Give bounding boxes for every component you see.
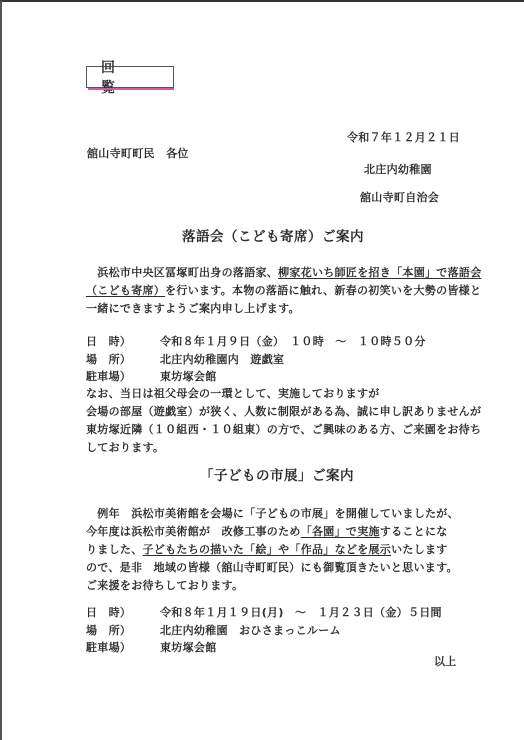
section1-title: 落語会（こども寄席）ご案内 [182, 225, 364, 245]
circulation-label: 回 覧 [101, 57, 173, 97]
section1-body-line-2: （こども寄席）を行います。本物の落語に触れ、新春の初笑いを大勢の皆様と [86, 282, 481, 298]
underlined-text: 「各園」で実施 [301, 525, 380, 538]
circulation-stamp: 回 覧 [86, 66, 174, 88]
detail-label: 場 所） [86, 622, 148, 638]
text: ご来援をお待ちしております。 [86, 579, 243, 592]
detail-value: 北庄内幼稚園内 遊戯室 [160, 353, 284, 366]
section2-body-line-4: ので、是非 地域の皆様（舘山寺町町民）にも御覧頂きたいと思います。 [86, 559, 458, 575]
text: 浜松市中央区冨塚町出身の落語家、 [86, 266, 278, 279]
section2-detail-parking: 駐車場）東坊塚会館 [86, 639, 217, 655]
detail-label: 駐車場） [86, 368, 148, 384]
section2-body-line-3: りました、子どもたちの描いた「絵」や「作品」などを展示いたします [86, 541, 448, 557]
text: ので、是非 地域の皆様（舘山寺町町民）にも御覧頂きたいと思います。 [86, 561, 458, 574]
section2-body-line-5: ご来援をお待ちしております。 [86, 577, 243, 593]
text: を行います。本物の落語に触れ、新春の初笑いを大勢の皆様と [165, 284, 481, 297]
detail-value: 令和８年１月１９日(月) ～ １月２３日（金）５日間 [160, 606, 442, 619]
section1-note-3: 東坊塚近隣（１０組西・１０組東）の方で、ご興味のある方、ご来園をお待ち [86, 421, 481, 437]
section1-body-line-3: 一緒にできますようご案内申し上げます。 [86, 300, 300, 316]
circulation-underline [88, 88, 174, 90]
detail-value: 北庄内幼稚園 おひさまっこルーム [160, 624, 341, 637]
sender-kindergarten: 北庄内幼稚園 [364, 161, 432, 177]
text: 一緒にできますようご案内申し上げます。 [86, 302, 300, 315]
text: 例年 浜松市美術館を会場に「子どもの市展」を開催していましたが、 [86, 507, 459, 520]
section2-body-line-2: 今年度は浜松市美術館が 改修工事のため「各園」で実施することにな [86, 523, 448, 539]
section1-detail-parking: 駐車場）東坊塚会館 [86, 368, 217, 384]
detail-value: 東坊塚会館 [160, 370, 217, 383]
section1-body-line-1: 浜松市中央区冨塚町出身の落語家、柳家花いち師匠を招き「本園」で落語会 [86, 264, 482, 280]
text: りました、 [86, 543, 143, 556]
section1-detail-datetime: 日 時）令和８年１月９日（金） １０時 ～ １０時５０分 [86, 333, 426, 349]
text: いたします [391, 543, 448, 556]
detail-label: 場 所） [86, 351, 148, 367]
addressee: 舘山寺町町民 各位 [87, 145, 189, 161]
detail-label: 日 時） [86, 333, 148, 349]
detail-label: 駐車場） [86, 639, 148, 655]
underlined-text: 子どもたちの描いた「絵」や「作品」などを展示 [143, 543, 392, 556]
section2-body-line-1: 例年 浜松市美術館を会場に「子どもの市展」を開催していましたが、 [86, 505, 459, 521]
section1-note-1: なお、当日は祖父母会の一環として、実施しておりますが [86, 385, 380, 401]
section2-title: 「子どもの市展」ご案内 [200, 464, 354, 484]
document-page: 回 覧 令和７年１２月２１日 舘山寺町町民 各位 北庄内幼稚園 舘山寺町自治会 … [0, 0, 524, 740]
detail-value: 令和８年１月９日（金） １０時 ～ １０時５０分 [160, 335, 426, 348]
underlined-text: （こども寄席） [86, 284, 165, 297]
section1-detail-place: 場 所）北庄内幼稚園内 遊戯室 [86, 351, 284, 367]
closing-mark: 以上 [434, 653, 457, 669]
detail-value: 東坊塚会館 [160, 641, 217, 654]
underlined-text: 柳家花いち師匠を招き「本園」で落語会 [278, 266, 481, 279]
document-date: 令和７年１２月２１日 [347, 129, 460, 145]
section2-detail-place: 場 所）北庄内幼稚園 おひさまっこルーム [86, 622, 341, 638]
sender-association: 舘山寺町自治会 [360, 189, 439, 205]
section2-detail-datetime: 日 時）令和８年１月１９日(月) ～ １月２３日（金）５日間 [86, 604, 442, 620]
section1-note-2: 会場の部屋（遊戯室）が狭く、人数に制限がある為、誠に申し訳ありませんが [86, 403, 481, 419]
detail-label: 日 時） [86, 604, 148, 620]
section1-note-4: しております。 [86, 439, 164, 455]
text: 今年度は浜松市美術館が 改修工事のため [86, 525, 301, 538]
text: することにな [380, 525, 448, 538]
